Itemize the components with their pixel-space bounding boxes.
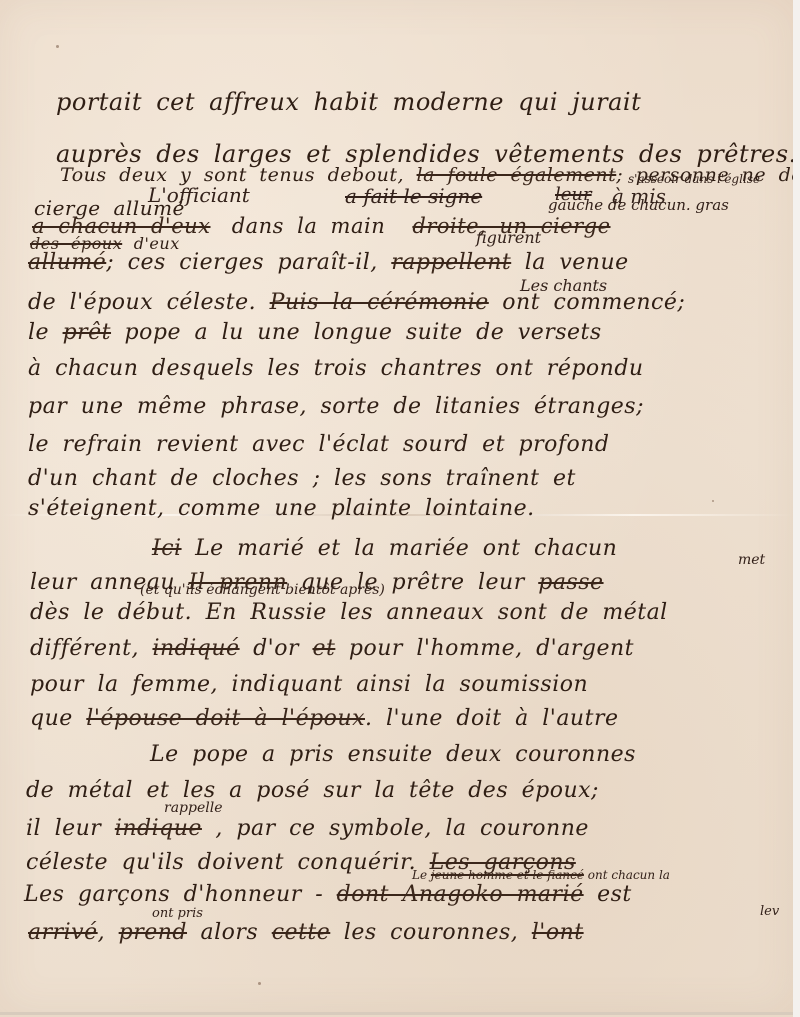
text-line-23: de métal et les a posé sur la tête des é… xyxy=(26,778,751,803)
text-line-11: à chacun desquels les trois chantres ont… xyxy=(28,356,753,381)
text-line-27: arrivé, prend alors cette les couronnes,… xyxy=(28,920,753,945)
text-line-26: Les garçons d'honneur - dont Anagoko mar… xyxy=(24,882,749,907)
struck-text: allumé xyxy=(28,250,106,275)
line-text: par une même phrase, sorte de litanies é… xyxy=(28,394,644,419)
text-line-24: il leur indique , par ce symbole, la cou… xyxy=(26,816,751,841)
line-text: que xyxy=(30,706,73,731)
struck-text: passe xyxy=(538,570,603,595)
line-text: ont commencé; xyxy=(502,290,685,315)
text-line-10: le prêt pope a lu une longue suite de ve… xyxy=(28,320,753,345)
line-text: le xyxy=(28,320,49,345)
line-text: de métal et les a posé sur la tête des é… xyxy=(26,778,599,803)
struck-text: rappellent xyxy=(391,250,511,275)
line-text: dès le début. xyxy=(30,600,192,625)
text-line-8: allumé; ces cierges paraît-il, rappellen… xyxy=(28,250,753,275)
struck-text: Ici xyxy=(152,536,182,561)
struck-text: cette xyxy=(272,920,331,945)
line-text: à chacun desquels les trois chantres ont… xyxy=(28,356,644,381)
margin-insert: s'asseoir dans l'église xyxy=(628,172,760,186)
text-line-20: pour la femme, indiquant ainsi la soumis… xyxy=(30,672,755,697)
text-line-15: s'éteignent, comme une plainte lointaine… xyxy=(28,496,753,521)
struck-text: indique xyxy=(115,816,202,841)
struck-text: l'épouse doit à l'époux xyxy=(86,706,365,731)
inserted-text-group: Le jeune homme et le fiancé ont chacun l… xyxy=(412,868,670,882)
manuscript-page: portait cet affreux habit moderne qui ju… xyxy=(0,0,796,1015)
struck-text: prêt xyxy=(63,320,111,345)
line-text: d'un chant de cloches ; les sons traînen… xyxy=(28,466,576,491)
line-text: portait cet affreux habit moderne qui ju… xyxy=(56,88,641,116)
page-edge xyxy=(793,0,800,1017)
line-text: Les garçons d'honneur - xyxy=(24,882,323,907)
line-text: pope a lu une longue suite de versets xyxy=(125,320,602,345)
text-line-1: portait cet affreux habit moderne qui ju… xyxy=(56,88,781,116)
struck-text: dont Anagoko marié xyxy=(337,882,584,907)
struck-text: indiqué xyxy=(152,636,239,661)
struck-text: arrivé xyxy=(28,920,98,945)
line-text: d'or xyxy=(253,636,299,661)
line-text: ; ces cierges paraît-il, xyxy=(106,250,378,275)
text-line-13: le refrain revient avec l'éclat sourd et… xyxy=(28,432,753,457)
struck-text: l'ont xyxy=(532,920,584,945)
text-line-14: d'un chant de cloches ; les sons traînen… xyxy=(28,466,753,491)
text-line-18: dès le début. En Russie les anneaux sont… xyxy=(30,600,755,625)
line-text: , xyxy=(98,920,106,945)
struck-text: la foule également xyxy=(417,164,617,186)
text-line-19: différent, indiqué d'or et pour l'homme,… xyxy=(30,636,755,661)
inserted-text: gauche de chacun. gras xyxy=(548,196,729,214)
line-text: pour l'homme, d'argent xyxy=(349,636,634,661)
inserted-text: figurent xyxy=(476,228,541,247)
line-text: céleste qu'ils doivent conquérir. xyxy=(26,850,416,875)
line-text: il leur xyxy=(26,816,101,841)
struck-text: Puis la cérémonie xyxy=(270,290,489,315)
line-text: , par ce symbole, la couronne xyxy=(215,816,588,841)
line-text: Le pope a pris ensuite deux couronnes xyxy=(150,742,636,767)
text-line-21: que l'épouse doit à l'époux. l'une doit … xyxy=(30,706,755,731)
struck-text: jeune homme et le fiancé xyxy=(431,868,584,882)
line-text: différent, xyxy=(30,636,139,661)
text-line-16: Ici Le marié et la mariée ont chacun xyxy=(152,536,800,561)
handwritten-text-body: portait cet affreux habit moderne qui ju… xyxy=(0,0,793,1012)
text-line-17: leur anneau Il prenn que le prêtre leur … xyxy=(30,570,755,595)
inserted-text: lev xyxy=(760,904,779,919)
struck-text: prend xyxy=(119,920,187,945)
inserted-text: ont chacun la xyxy=(588,868,670,882)
line-text: s'éteignent, comme une plainte lointaine… xyxy=(28,496,535,521)
inserted-text: (et qu'ils échangent bientôt après) xyxy=(140,582,385,598)
inserted-text: rappelle xyxy=(164,800,223,816)
line-text: alors xyxy=(201,920,259,945)
text-line-9: de l'époux céleste. Puis la cérémonie on… xyxy=(28,290,753,315)
line-text: . l'une doit à l'autre xyxy=(365,706,618,731)
line-text: Le marié et la mariée ont chacun xyxy=(195,536,617,561)
line-text: est xyxy=(597,882,632,907)
line-text: de l'époux céleste. xyxy=(28,290,256,315)
line-text: le refrain revient avec l'éclat sourd et… xyxy=(28,432,610,457)
inserted-text: Le xyxy=(412,868,427,882)
line-text: les couronnes, xyxy=(344,920,518,945)
struck-text: et xyxy=(312,636,335,661)
inserted-text: ont pris xyxy=(152,906,203,921)
inserted-text: met xyxy=(738,552,765,568)
text-line-22: Le pope a pris ensuite deux couronnes xyxy=(150,742,800,767)
line-text: En Russie les anneaux sont de métal xyxy=(206,600,668,625)
line-text: la venue xyxy=(525,250,629,275)
text-line-12: par une même phrase, sorte de litanies é… xyxy=(28,394,753,419)
line-text: pour la femme, indiquant ainsi la soumis… xyxy=(30,672,588,697)
